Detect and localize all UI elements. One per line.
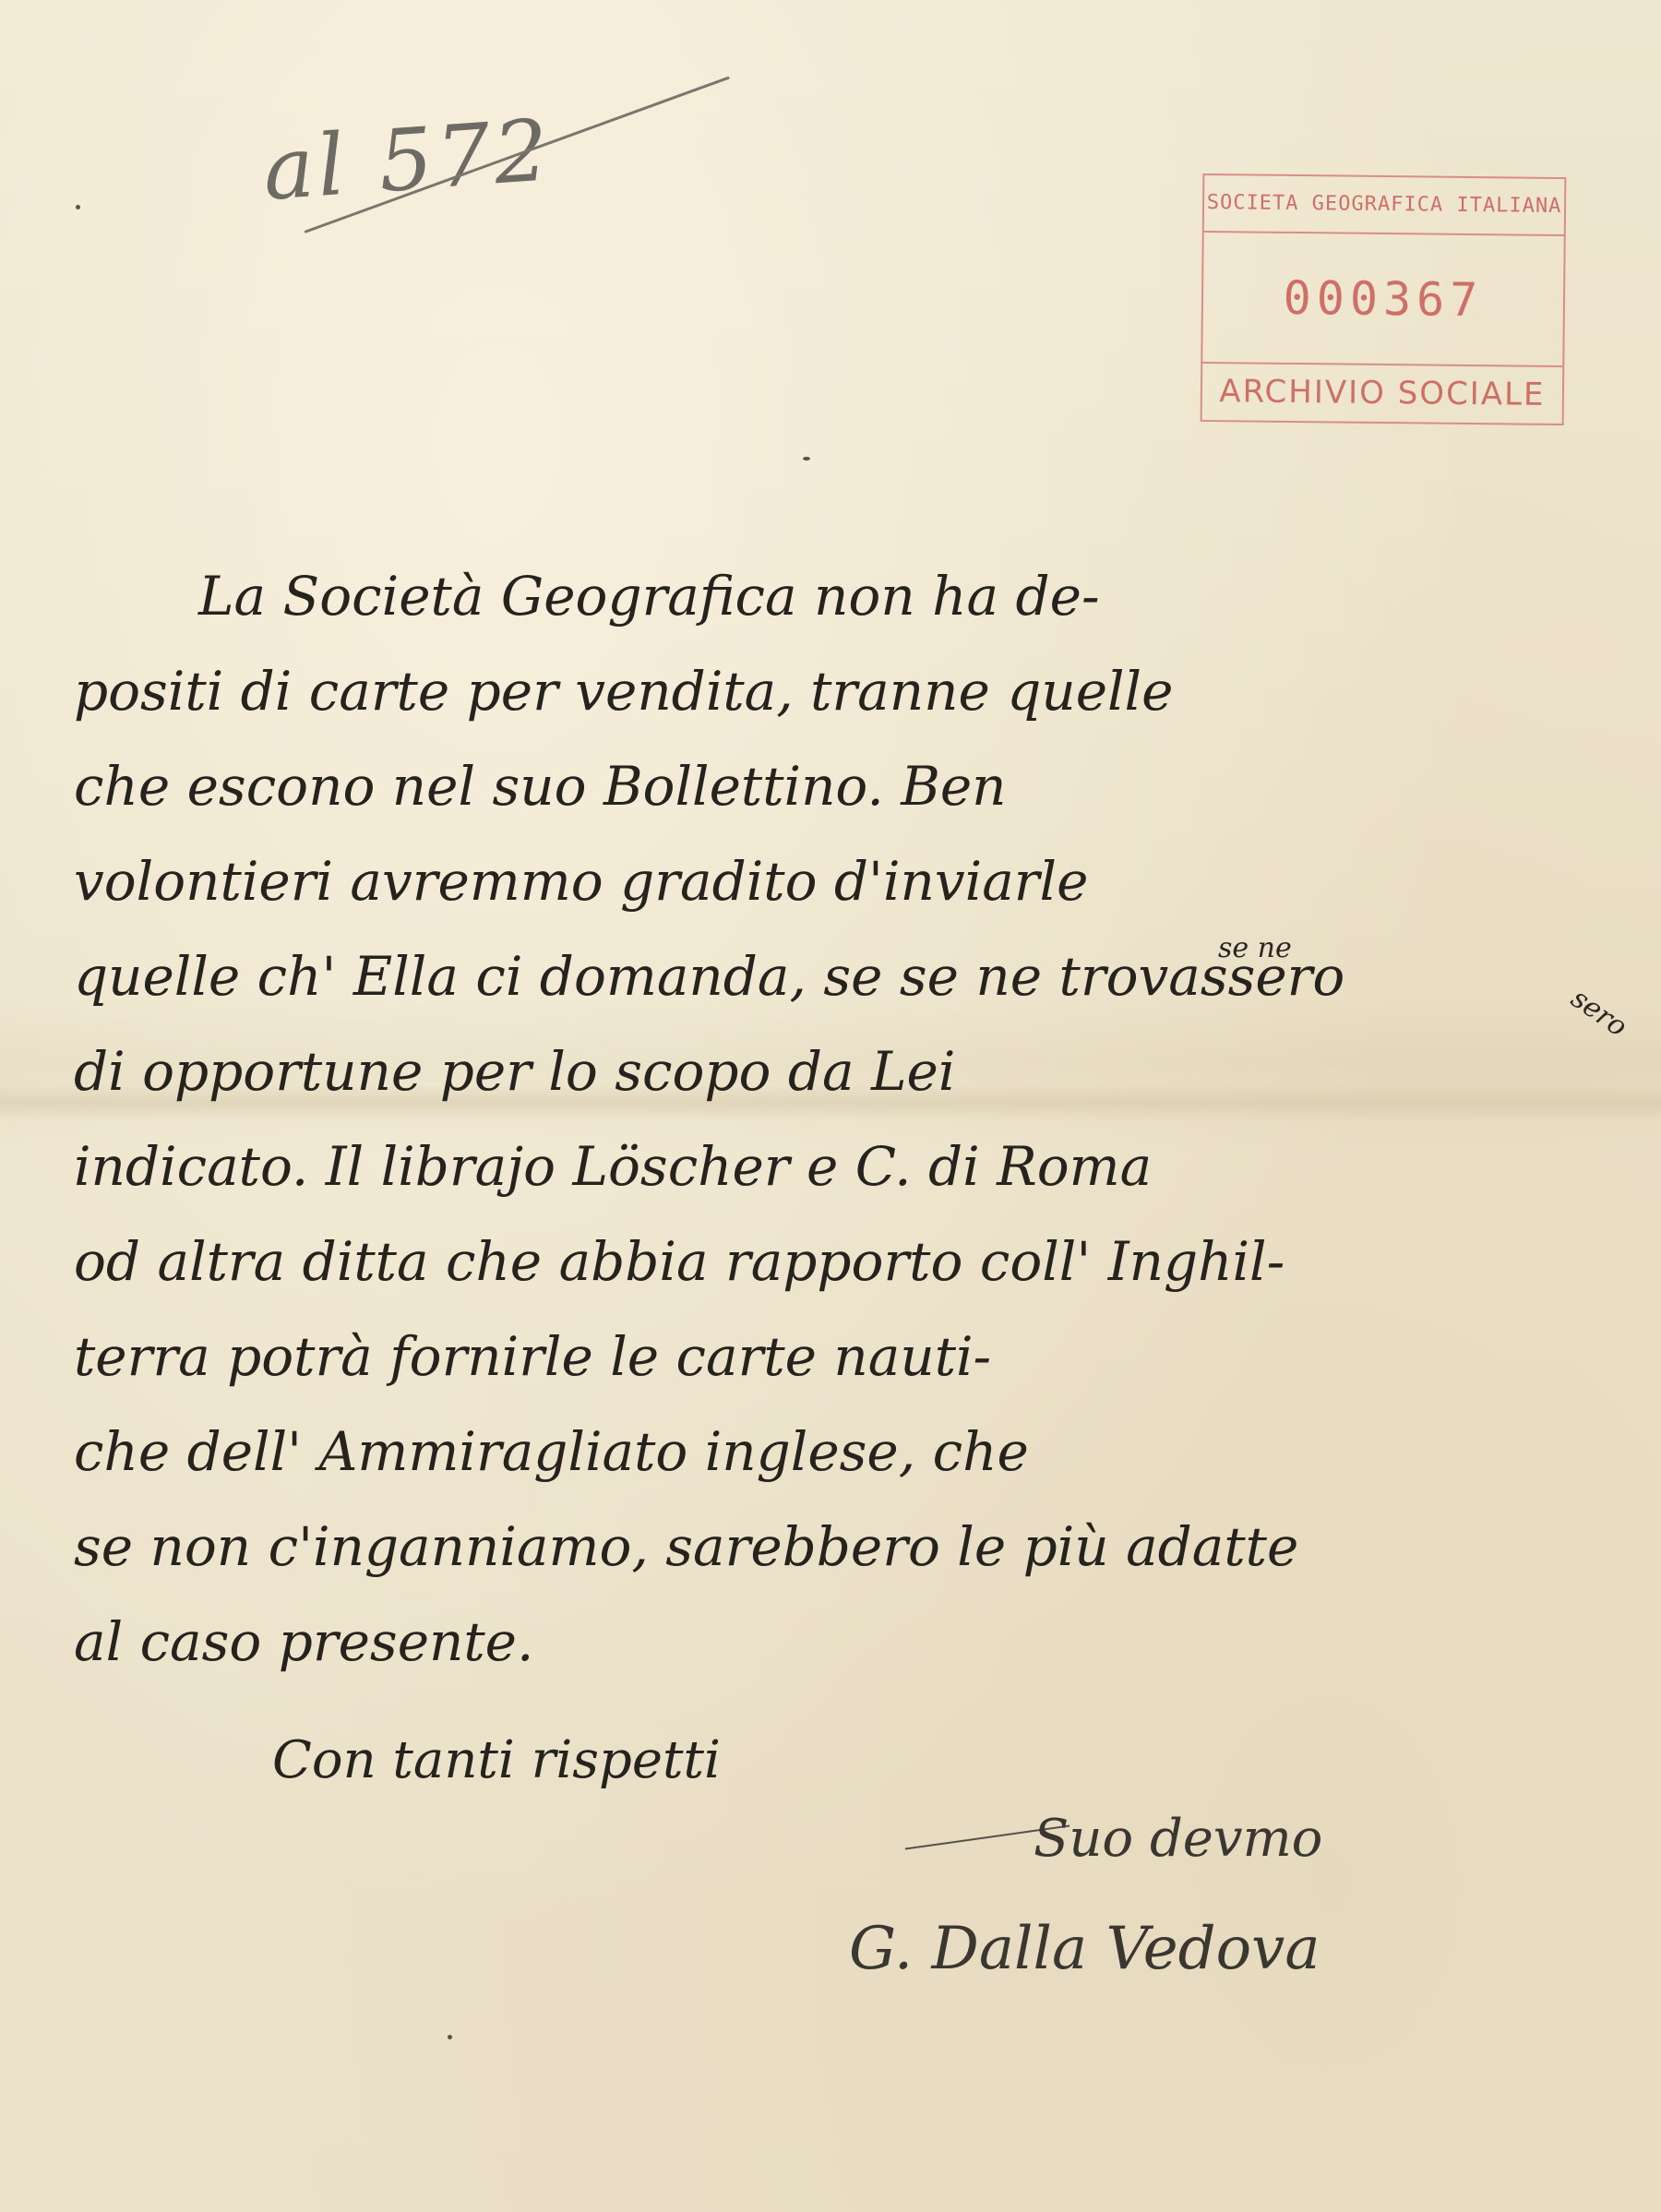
signature: G. Dalla Vedova <box>849 1915 1320 1983</box>
letter-line: terra potrà fornirle le carte nauti- <box>74 1309 1587 1405</box>
stamp-archive-number: 000367 <box>1202 233 1563 367</box>
letter-line: indicato. Il librajo Löscher e C. di Rom… <box>74 1119 1587 1214</box>
letter-line: al caso presente. <box>74 1595 1587 1690</box>
stamp-archive-label: ARCHIVIO SOCIALE <box>1202 364 1563 423</box>
letter-line: od altra ditta che abbia rapporto coll' … <box>74 1214 1587 1309</box>
letter-line: quelle ch' Ella ci domanda, se se ne tro… <box>74 929 1587 1024</box>
stamp-society-label: SOCIETA GEOGRAFICA ITALIANA <box>1204 175 1565 236</box>
paper-speck <box>76 205 80 209</box>
letter-line: La Società Geografica non ha de- <box>74 549 1587 644</box>
letter-line: se non c'inganniamo, sarebbero le più ad… <box>74 1500 1587 1595</box>
letter-line: di opportune per lo scopo da Lei <box>74 1024 1587 1119</box>
letter-page: al 572 SOCIETA GEOGRAFICA ITALIANA 00036… <box>0 0 1661 2212</box>
paper-speck <box>448 2035 452 2039</box>
closing-line: Con tanti rispetti <box>272 1730 721 1790</box>
valediction: Suo devmo <box>1034 1809 1322 1869</box>
letter-line: che escono nel suo Bollettino. Ben <box>74 739 1587 834</box>
interlinear-insertion: se ne <box>1218 932 1292 964</box>
pencil-annotation: al 572 <box>260 101 556 220</box>
letter-line: che dell' Ammiragliato inglese, che <box>74 1405 1587 1500</box>
paper-speck <box>803 457 810 460</box>
letter-line: positi di carte per vendita, tranne quel… <box>74 644 1587 739</box>
letter-line: volontieri avremmo gradito d'inviarle <box>74 834 1587 929</box>
archive-stamp: SOCIETA GEOGRAFICA ITALIANA 000367 ARCHI… <box>1201 173 1567 425</box>
letter-body: La Società Geografica non ha de- positi … <box>74 549 1587 1690</box>
